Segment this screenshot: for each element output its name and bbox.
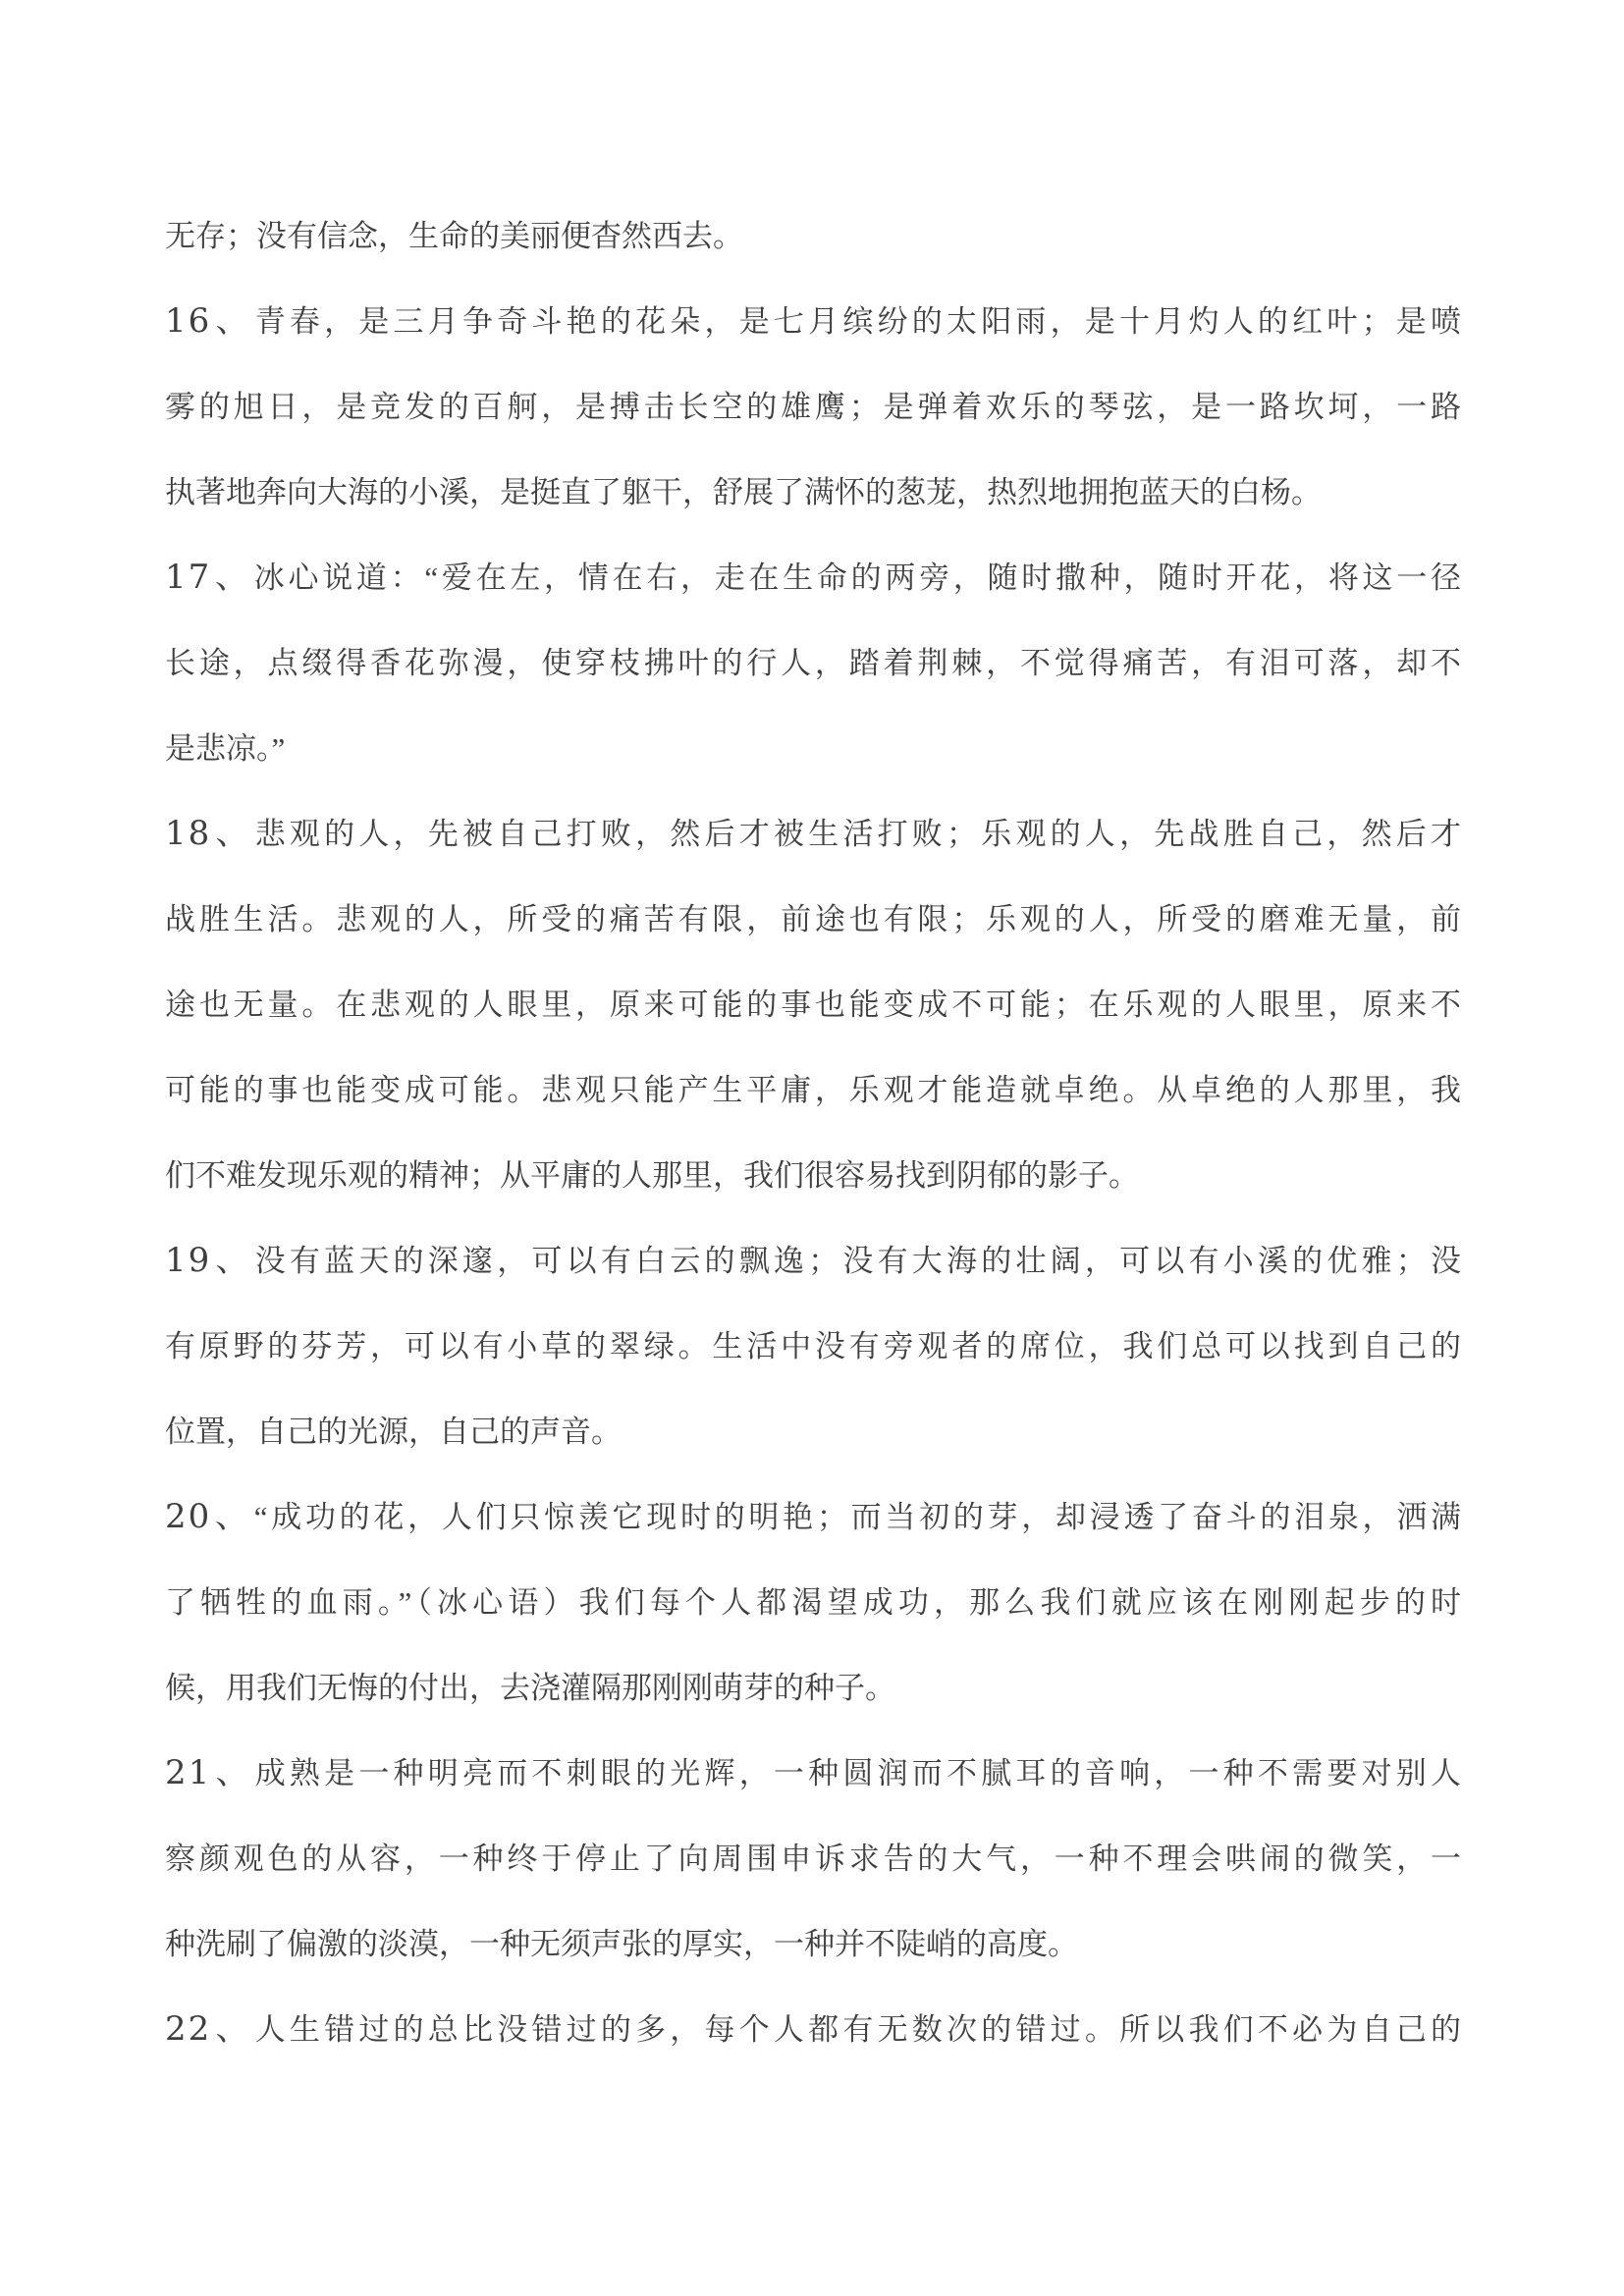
paragraph-line: 战胜生活。悲观的人，所受的痛苦有限，前途也有限；乐观的人，所受的磨难无量，前 (165, 877, 1461, 962)
paragraph-line: 候，用我们无悔的付出，去浇灌隔那刚刚萌芽的种子。 (165, 1645, 1461, 1731)
paragraph-18: 18、悲观的人，先被自己打败，然后才被生活打败；乐观的人，先战胜自己，然后才战胜… (165, 791, 1461, 1218)
paragraph-line: 16、青春，是三月争奇斗艳的花朵，是七月缤纷的太阳雨，是十月灼人的红叶；是喷 (165, 279, 1461, 364)
paragraph-text: 人生错过的总比没错过的多，每个人都有无数次的错过。所以我们不必为自己的 (255, 2012, 1461, 2047)
paragraph-line: 17、冰心说道：“爱在左，情在右，走在生命的两旁，随时撒种，随时开花，将这一径 (165, 535, 1461, 620)
paragraph-line: 可能的事也能变成可能。悲观只能产生平庸，乐观才能造就卓绝。从卓绝的人那里，我 (165, 1047, 1461, 1133)
paragraph-line: 了牺牲的血雨。”（冰心语）我们每个人都渴望成功，那么我们就应该在刚刚起步的时 (165, 1560, 1461, 1645)
paragraph-line: 们不难发现乐观的精神；从平庸的人那里，我们很容易找到阴郁的影子。 (165, 1133, 1461, 1218)
paragraph-number: 17、 (165, 558, 254, 597)
paragraph-21: 21、成熟是一种明亮而不刺眼的光辉，一种圆润而不腻耳的音响，一种不需要对别人察颜… (165, 1731, 1461, 1987)
paragraph-line: 22、人生错过的总比没错过的多，每个人都有无数次的错过。所以我们不必为自己的 (165, 1987, 1461, 2072)
paragraph-19: 19、没有蓝天的深邃，可以有白云的飘逸；没有大海的壮阔，可以有小溪的优雅；没有原… (165, 1218, 1461, 1474)
paragraph-line: 途也无量。在悲观的人眼里，原来可能的事也能变成不可能；在乐观的人眼里，原来不 (165, 962, 1461, 1047)
document-page: 无存；没有信念，生命的美丽便杳然西去。16、青春，是三月争奇斗艳的花朵，是七月缤… (0, 0, 1624, 2296)
paragraph-line: 察颜观色的从容，一种终于停止了向周围申诉求告的大气，一种不理会哄闹的微笑，一 (165, 1816, 1461, 1901)
paragraph-text: 没有蓝天的深邃，可以有白云的飘逸；没有大海的壮阔，可以有小溪的优雅；没 (255, 1244, 1461, 1278)
paragraph-line: 种洗刷了偏激的淡漠，一种无须声张的厚实，一种并不陡峭的高度。 (165, 1901, 1461, 1987)
paragraph-line: 有原野的芬芳，可以有小草的翠绿。生活中没有旁观者的席位，我们总可以找到自己的 (165, 1304, 1461, 1389)
paragraph-line: 18、悲观的人，先被自己打败，然后才被生活打败；乐观的人，先战胜自己，然后才 (165, 791, 1461, 877)
paragraph-number: 22、 (165, 2009, 255, 2049)
paragraph-text: 悲观的人，先被自己打败，然后才被生活打败；乐观的人，先战胜自己，然后才 (255, 817, 1461, 851)
paragraph-text: 成熟是一种明亮而不刺眼的光辉，一种圆润而不腻耳的音响，一种不需要对别人 (255, 1756, 1461, 1790)
paragraph-16: 16、青春，是三月争奇斗艳的花朵，是七月缤纷的太阳雨，是十月灼人的红叶；是喷雾的… (165, 279, 1461, 535)
paragraph-text: 青春，是三月争奇斗艳的花朵，是七月缤纷的太阳雨，是十月灼人的红叶；是喷 (255, 304, 1461, 339)
paragraph-line: 长途，点缀得香花弥漫，使穿枝拂叶的行人，踏着荆棘，不觉得痛苦，有泪可落，却不 (165, 620, 1461, 706)
paragraph-number: 20、 (165, 1497, 254, 1536)
paragraph-continuation: 无存；没有信念，生命的美丽便杳然西去。 (165, 193, 1461, 279)
paragraph-line: 21、成熟是一种明亮而不刺眼的光辉，一种圆润而不腻耳的音响，一种不需要对别人 (165, 1731, 1461, 1816)
document-body: 无存；没有信念，生命的美丽便杳然西去。16、青春，是三月争奇斗艳的花朵，是七月缤… (165, 193, 1461, 2072)
paragraph-line: 19、没有蓝天的深邃，可以有白云的飘逸；没有大海的壮阔，可以有小溪的优雅；没 (165, 1218, 1461, 1304)
paragraph-number: 19、 (165, 1241, 255, 1280)
paragraph-line: 雾的旭日，是竞发的百舸，是搏击长空的雄鹰；是弹着欢乐的琴弦，是一路坎坷，一路 (165, 364, 1461, 450)
paragraph-line: 位置，自己的光源，自己的声音。 (165, 1389, 1461, 1474)
paragraph-number: 16、 (165, 301, 255, 341)
paragraph-text: “成功的花，人们只惊羡它现时的明艳；而当初的芽，却浸透了奋斗的泪泉，洒满 (254, 1500, 1461, 1534)
paragraph-line: 20、“成功的花，人们只惊羡它现时的明艳；而当初的芽，却浸透了奋斗的泪泉，洒满 (165, 1474, 1461, 1560)
paragraph-line: 是悲凉。” (165, 706, 1461, 791)
paragraph-line: 无存；没有信念，生命的美丽便杳然西去。 (165, 193, 1461, 279)
paragraph-17: 17、冰心说道：“爱在左，情在右，走在生命的两旁，随时撒种，随时开花，将这一径长… (165, 535, 1461, 791)
paragraph-number: 18、 (165, 814, 255, 853)
paragraph-number: 21、 (165, 1753, 255, 1792)
paragraph-20: 20、“成功的花，人们只惊羡它现时的明艳；而当初的芽，却浸透了奋斗的泪泉，洒满了… (165, 1474, 1461, 1731)
paragraph-text: 冰心说道：“爱在左，情在右，走在生命的两旁，随时撒种，随时开花，将这一径 (254, 561, 1461, 595)
paragraph-22: 22、人生错过的总比没错过的多，每个人都有无数次的错过。所以我们不必为自己的 (165, 1987, 1461, 2072)
paragraph-line: 执著地奔向大海的小溪，是挺直了躯干，舒展了满怀的葱茏，热烈地拥抱蓝天的白杨。 (165, 450, 1461, 535)
